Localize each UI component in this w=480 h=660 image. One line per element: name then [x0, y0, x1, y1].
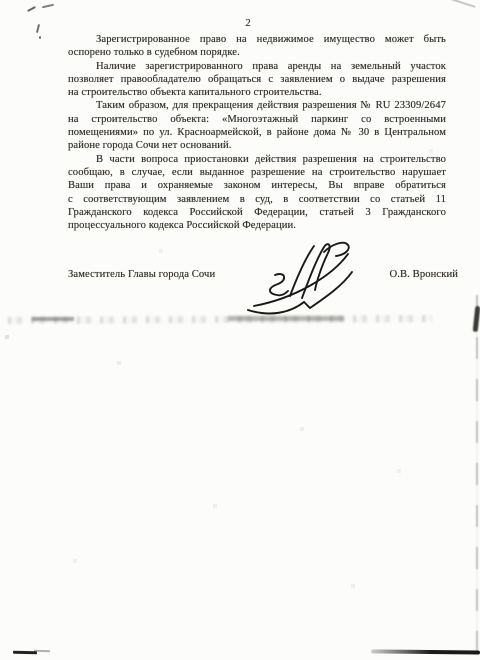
- faded-text-smudge-segment: [32, 317, 74, 321]
- text-line: процессуального кодекса Российской Федер…: [68, 219, 446, 232]
- signer-name: О.В. Вронский: [390, 269, 458, 280]
- text-line: Гражданского кодекса Российской Федераци…: [68, 206, 446, 219]
- scan-edge-blob: [473, 306, 480, 332]
- signature-icon: [244, 238, 364, 316]
- scan-corner-mark: [450, 0, 475, 8]
- text-line: Ваши права и охраняемые законом интересы…: [68, 179, 446, 192]
- scan-noise-specks: [0, 0, 2, 2]
- scanned-letter-page: 2 Зарегистрированное право на недвижимое…: [0, 0, 480, 660]
- text-line: с соответствующим заявлением в суд, в со…: [68, 193, 446, 206]
- text-line: Таким образом, для прекращения действия …: [68, 99, 446, 112]
- pen-mark: [42, 4, 54, 9]
- faded-text-smudge: [8, 315, 432, 324]
- text-line: на строительство объекта: «Многоэтажный …: [68, 113, 446, 126]
- pen-mark: [27, 6, 36, 12]
- text-line: оспорено только в судебном порядке.: [68, 46, 446, 59]
- faded-text-smudge-segment: [228, 316, 344, 321]
- letter-body: Зарегистрированное право на недвижимое и…: [68, 33, 446, 232]
- pen-mark: [39, 36, 41, 39]
- text-line: В части вопроса приостановки действия ра…: [68, 153, 446, 166]
- text-line: на строительство объекта капитального ст…: [68, 86, 446, 99]
- text-line: районе города Сочи нет оснований.: [68, 139, 446, 152]
- scan-edge-streak: [476, 295, 478, 655]
- text-line: Наличие зарегистрированного права аренды…: [68, 60, 446, 73]
- pen-mark: [36, 24, 40, 33]
- text-line: позволяет правообладателю обращаться с з…: [68, 73, 446, 86]
- scan-bottom-dash-tail: [34, 650, 50, 652]
- signer-title: Заместитель Главы города Сочи: [68, 269, 215, 280]
- text-line: сообщаю, в случае, если выданное разреше…: [68, 166, 446, 179]
- scan-bottom-dash: [13, 651, 37, 654]
- scan-bottom-edge-line: [371, 649, 480, 654]
- page-number: 2: [240, 17, 256, 29]
- text-line: помещениями» по ул. Красноармейской, в р…: [68, 126, 446, 139]
- text-line: Зарегистрированное право на недвижимое и…: [68, 33, 446, 46]
